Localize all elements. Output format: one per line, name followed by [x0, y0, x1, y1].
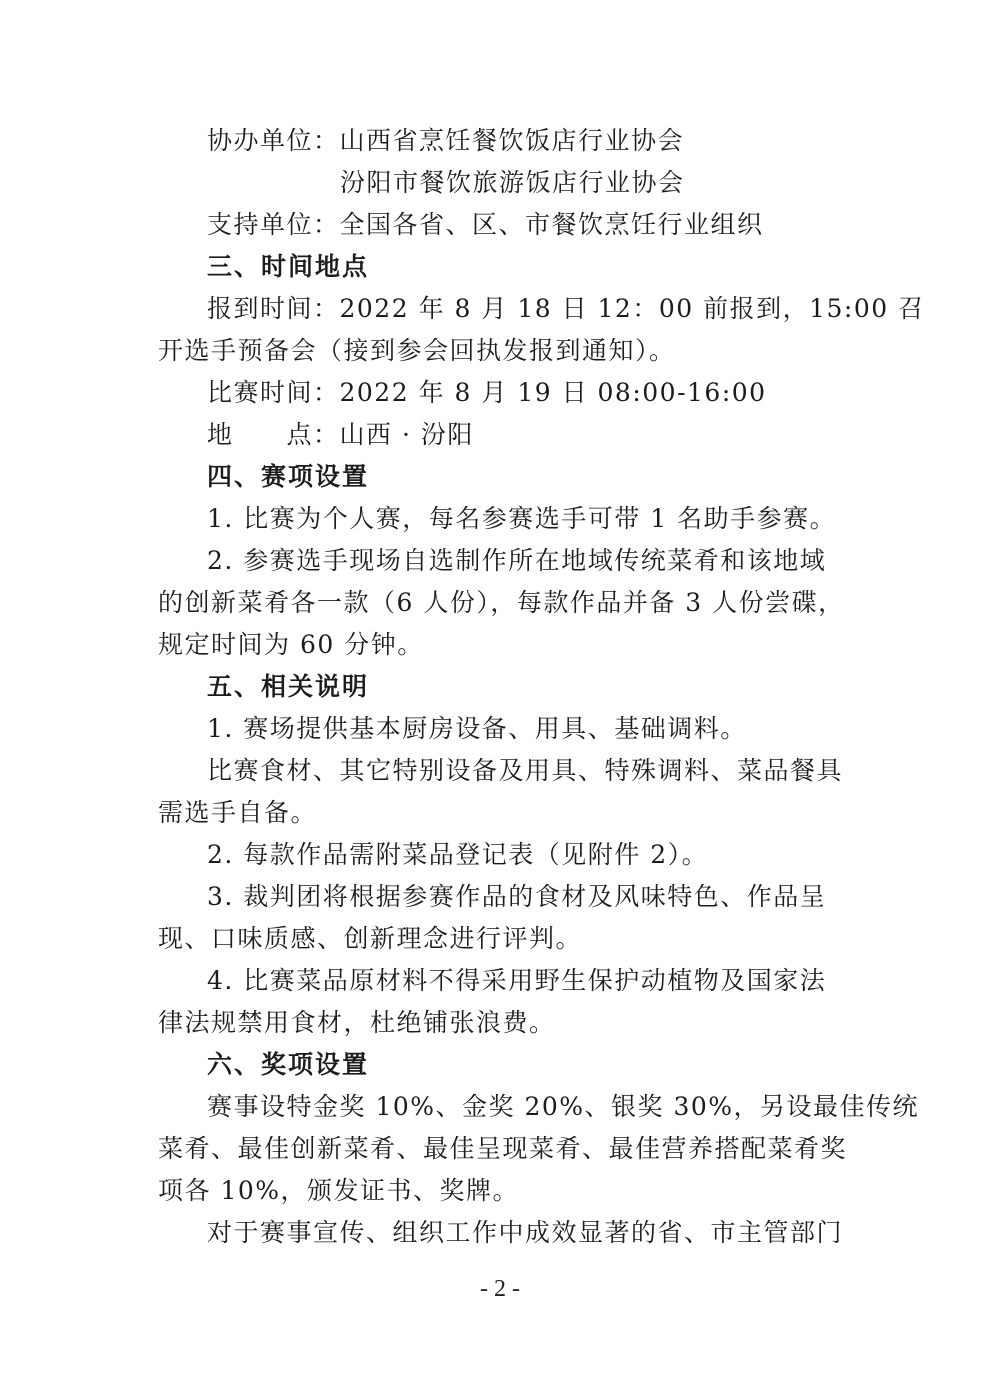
supporter-line: 支持单位：全国各省、区、市餐饮烹饪行业组织 [207, 210, 907, 240]
checkin-time-line-cont: 开选手预备会（接到参会回执发报到通知）。 [158, 336, 858, 366]
location-line: 地 点：山西 · 汾阳 [207, 420, 907, 450]
section-heading-awards: 六、奖项设置 [207, 1050, 907, 1080]
note-item-4-cont: 律法规禁用食材，杜绝铺张浪费。 [158, 1008, 858, 1038]
awards-paragraph-cont: 菜肴、最佳创新菜肴、最佳呈现菜肴、最佳营养搭配菜肴奖 [158, 1134, 858, 1164]
event-item-1: 1. 比赛为个人赛，每名参赛选手可带 1 名助手参赛。 [207, 504, 907, 534]
section-heading-notes: 五、相关说明 [207, 672, 907, 702]
note-item-1-b-cont: 需选手自备。 [158, 798, 858, 828]
event-item-2-cont-2: 规定时间为 60 分钟。 [158, 630, 858, 660]
note-item-1: 1. 赛场提供基本厨房设备、用具、基础调料。 [207, 714, 907, 744]
checkin-time-line: 报到时间：2022 年 8 月 18 日 12：00 前报到，15:00 召 [207, 294, 907, 324]
section-heading-time-place: 三、时间地点 [207, 252, 907, 282]
event-item-2-cont: 的创新菜肴各一款（6 人份），每款作品并备 3 人份尝碟， [158, 588, 858, 618]
note-item-3-cont: 现、口味质感、创新理念进行评判。 [158, 924, 858, 954]
co-organizer-line: 协办单位：山西省烹饪餐饮饭店行业协会 [207, 126, 907, 156]
note-item-3: 3. 裁判团将根据参赛作品的食材及风味特色、作品呈 [207, 882, 907, 912]
section-heading-events: 四、赛项设置 [207, 462, 907, 492]
document-page: 协办单位：山西省烹饪餐饮饭店行业协会 汾阳市餐饮旅游饭店行业协会 支持单位：全国… [0, 0, 1000, 1400]
page-number: - 2 - [0, 1276, 1000, 1303]
awards-paragraph-cont-2: 项各 10%，颁发证书、奖牌。 [158, 1176, 858, 1206]
note-item-2: 2. 每款作品需附菜品登记表（见附件 2）。 [207, 840, 907, 870]
note-item-1-b: 比赛食材、其它特别设备及用具、特殊调料、菜品餐具 [207, 756, 907, 786]
awards-paragraph: 赛事设特金奖 10%、金奖 20%、银奖 30%，另设最佳传统 [207, 1092, 907, 1122]
competition-time-line: 比赛时间：2022 年 8 月 19 日 08:00-16:00 [207, 378, 907, 408]
event-item-2: 2. 参赛选手现场自选制作所在地域传统菜肴和该地域 [207, 546, 907, 576]
note-item-4: 4. 比赛菜品原材料不得采用野生保护动植物及国家法 [207, 966, 907, 996]
recognition-paragraph: 对于赛事宣传、组织工作中成效显著的省、市主管部门 [207, 1218, 907, 1248]
co-organizer-line-2: 汾阳市餐饮旅游饭店行业协会 [340, 168, 1000, 198]
